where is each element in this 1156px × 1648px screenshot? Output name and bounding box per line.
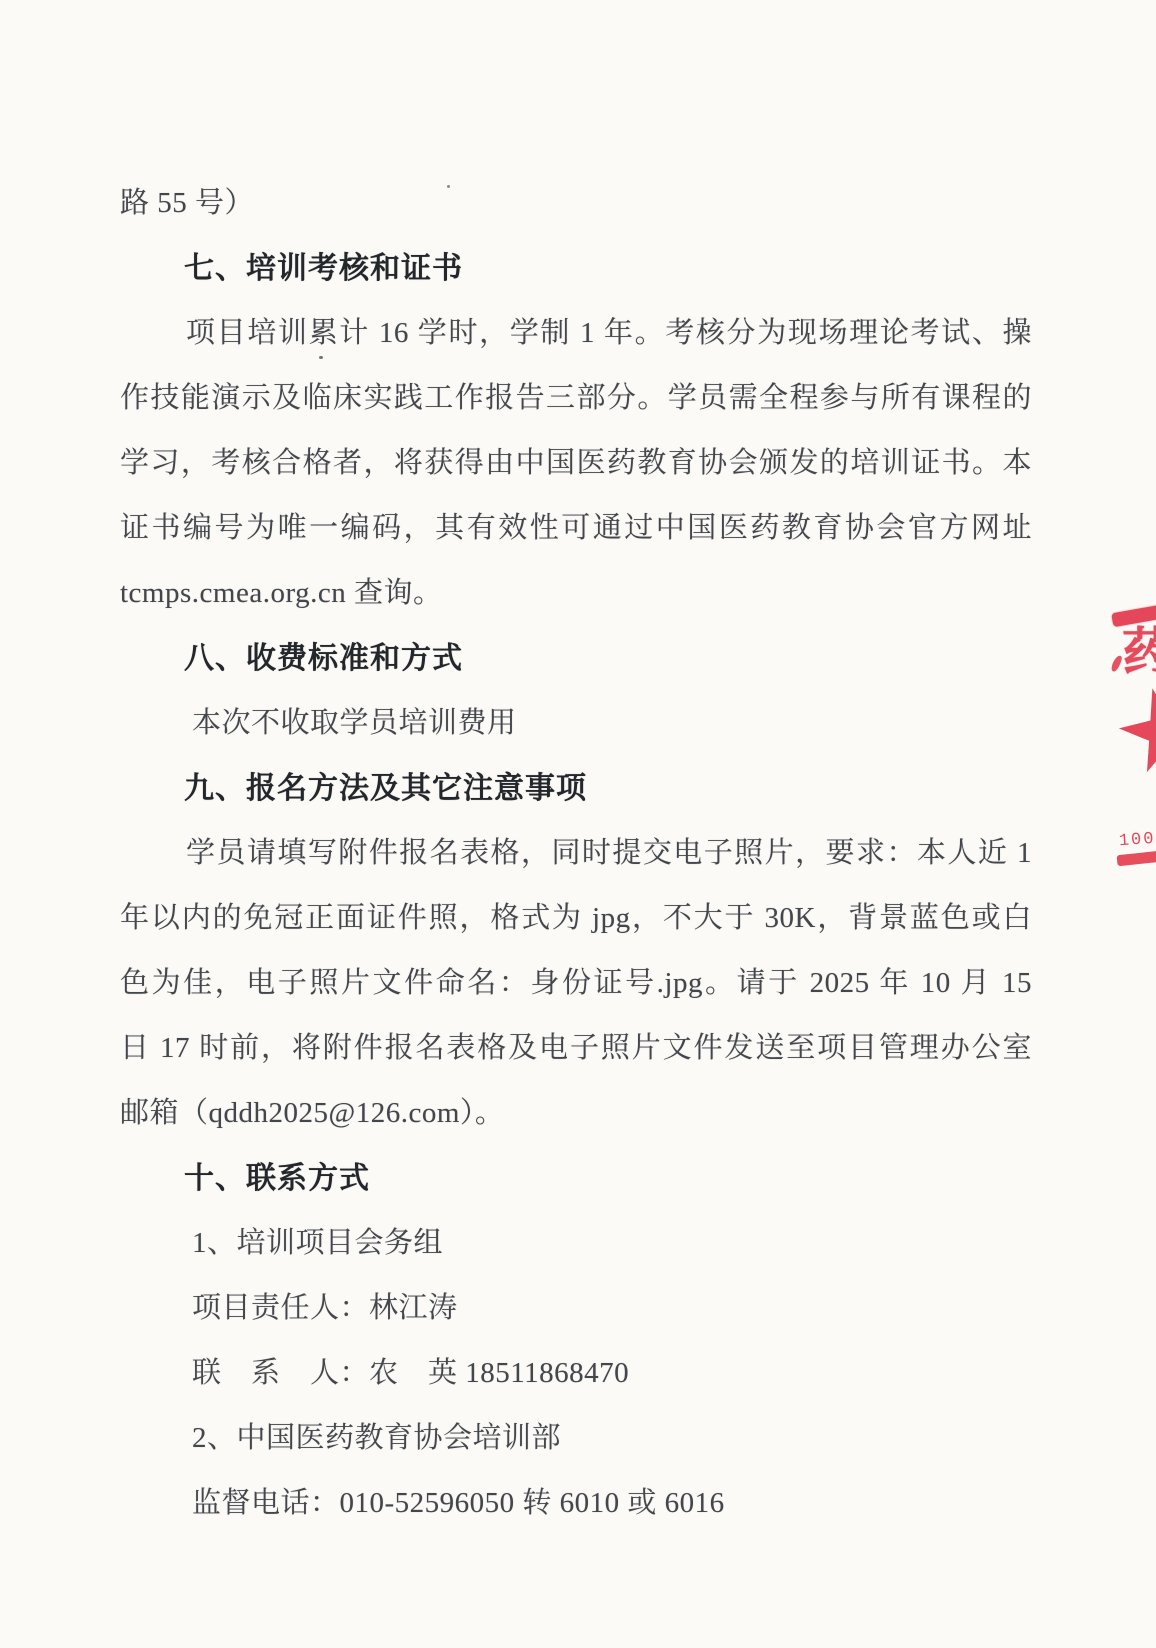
contact-group-1-title: 1、培训项目会务组 [120, 1211, 1032, 1276]
contact-group-2-title: 2、中国医药教育协会培训部 [120, 1406, 1032, 1471]
contact-project-lead: 项目责任人：林江涛 [120, 1276, 1032, 1341]
section7-para-line4: 证书编号为唯一编码，其有效性可通过中国医药教育协会官方网址 [120, 496, 1032, 561]
document-body: 路 55 号） 七、培训考核和证书 项目培训累计 16 学时，学制 1 年。考核… [120, 171, 1032, 1536]
scan-speck [447, 185, 450, 188]
section9-para-line4: 日 17 时前，将附件报名表格及电子照片文件发送至项目管理办公室 [120, 1016, 1032, 1081]
seal-serial-digits: 100 [1118, 830, 1156, 853]
section-7-heading: 七、培训考核和证书 [120, 236, 1032, 301]
address-tail-line: 路 55 号） [120, 171, 1032, 236]
contact-person-line: 联 系 人：农 英 18511868470 [120, 1341, 1032, 1406]
seal-bottom-stroke-icon [1117, 851, 1156, 867]
email-line: 邮箱（qddh2025@126.com）。 [120, 1081, 1032, 1146]
section9-para-line1: 学员请填写附件报名表格，同时提交电子照片，要求：本人近 1 [120, 821, 1032, 886]
certificate-url-line: tcmps.cmea.org.cn 查询。 [120, 561, 1032, 626]
section-9-heading: 九、报名方法及其它注意事项 [120, 756, 1032, 821]
scanned-document-page: 路 55 号） 七、培训考核和证书 项目培训累计 16 学时，学制 1 年。考核… [0, 0, 1156, 1648]
section-10-heading: 十、联系方式 [120, 1146, 1032, 1211]
supervision-phone-line: 监督电话：010-52596050 转 6010 或 6016 [120, 1471, 1032, 1536]
section7-para-line2: 作技能演示及临床实践工作报告三部分。学员需全程参与所有课程的 [120, 366, 1032, 431]
section9-para-line2: 年以内的免冠正面证件照，格式为 jpg，不大于 30K，背景蓝色或白 [120, 886, 1032, 951]
seal-tick-mark-icon [1110, 654, 1123, 672]
seal-character-fragment: 药 [1122, 626, 1156, 682]
scan-speck [319, 356, 323, 359]
section-8-heading: 八、收费标准和方式 [120, 626, 1032, 691]
fee-statement-line: 本次不收取学员培训费用 [120, 691, 1032, 756]
seal-top-stroke-icon [1111, 605, 1156, 627]
section7-para-line1: 项目培训累计 16 学时，学制 1 年。考核分为现场理论考试、操 [120, 301, 1032, 366]
section7-para-line3: 学习，考核合格者，将获得由中国医药教育协会颁发的培训证书。本 [120, 431, 1032, 496]
seal-star-icon [1110, 678, 1156, 785]
section9-para-line3: 色为佳，电子照片文件命名：身份证号.jpg。请于 2025 年 10 月 15 [120, 951, 1032, 1016]
